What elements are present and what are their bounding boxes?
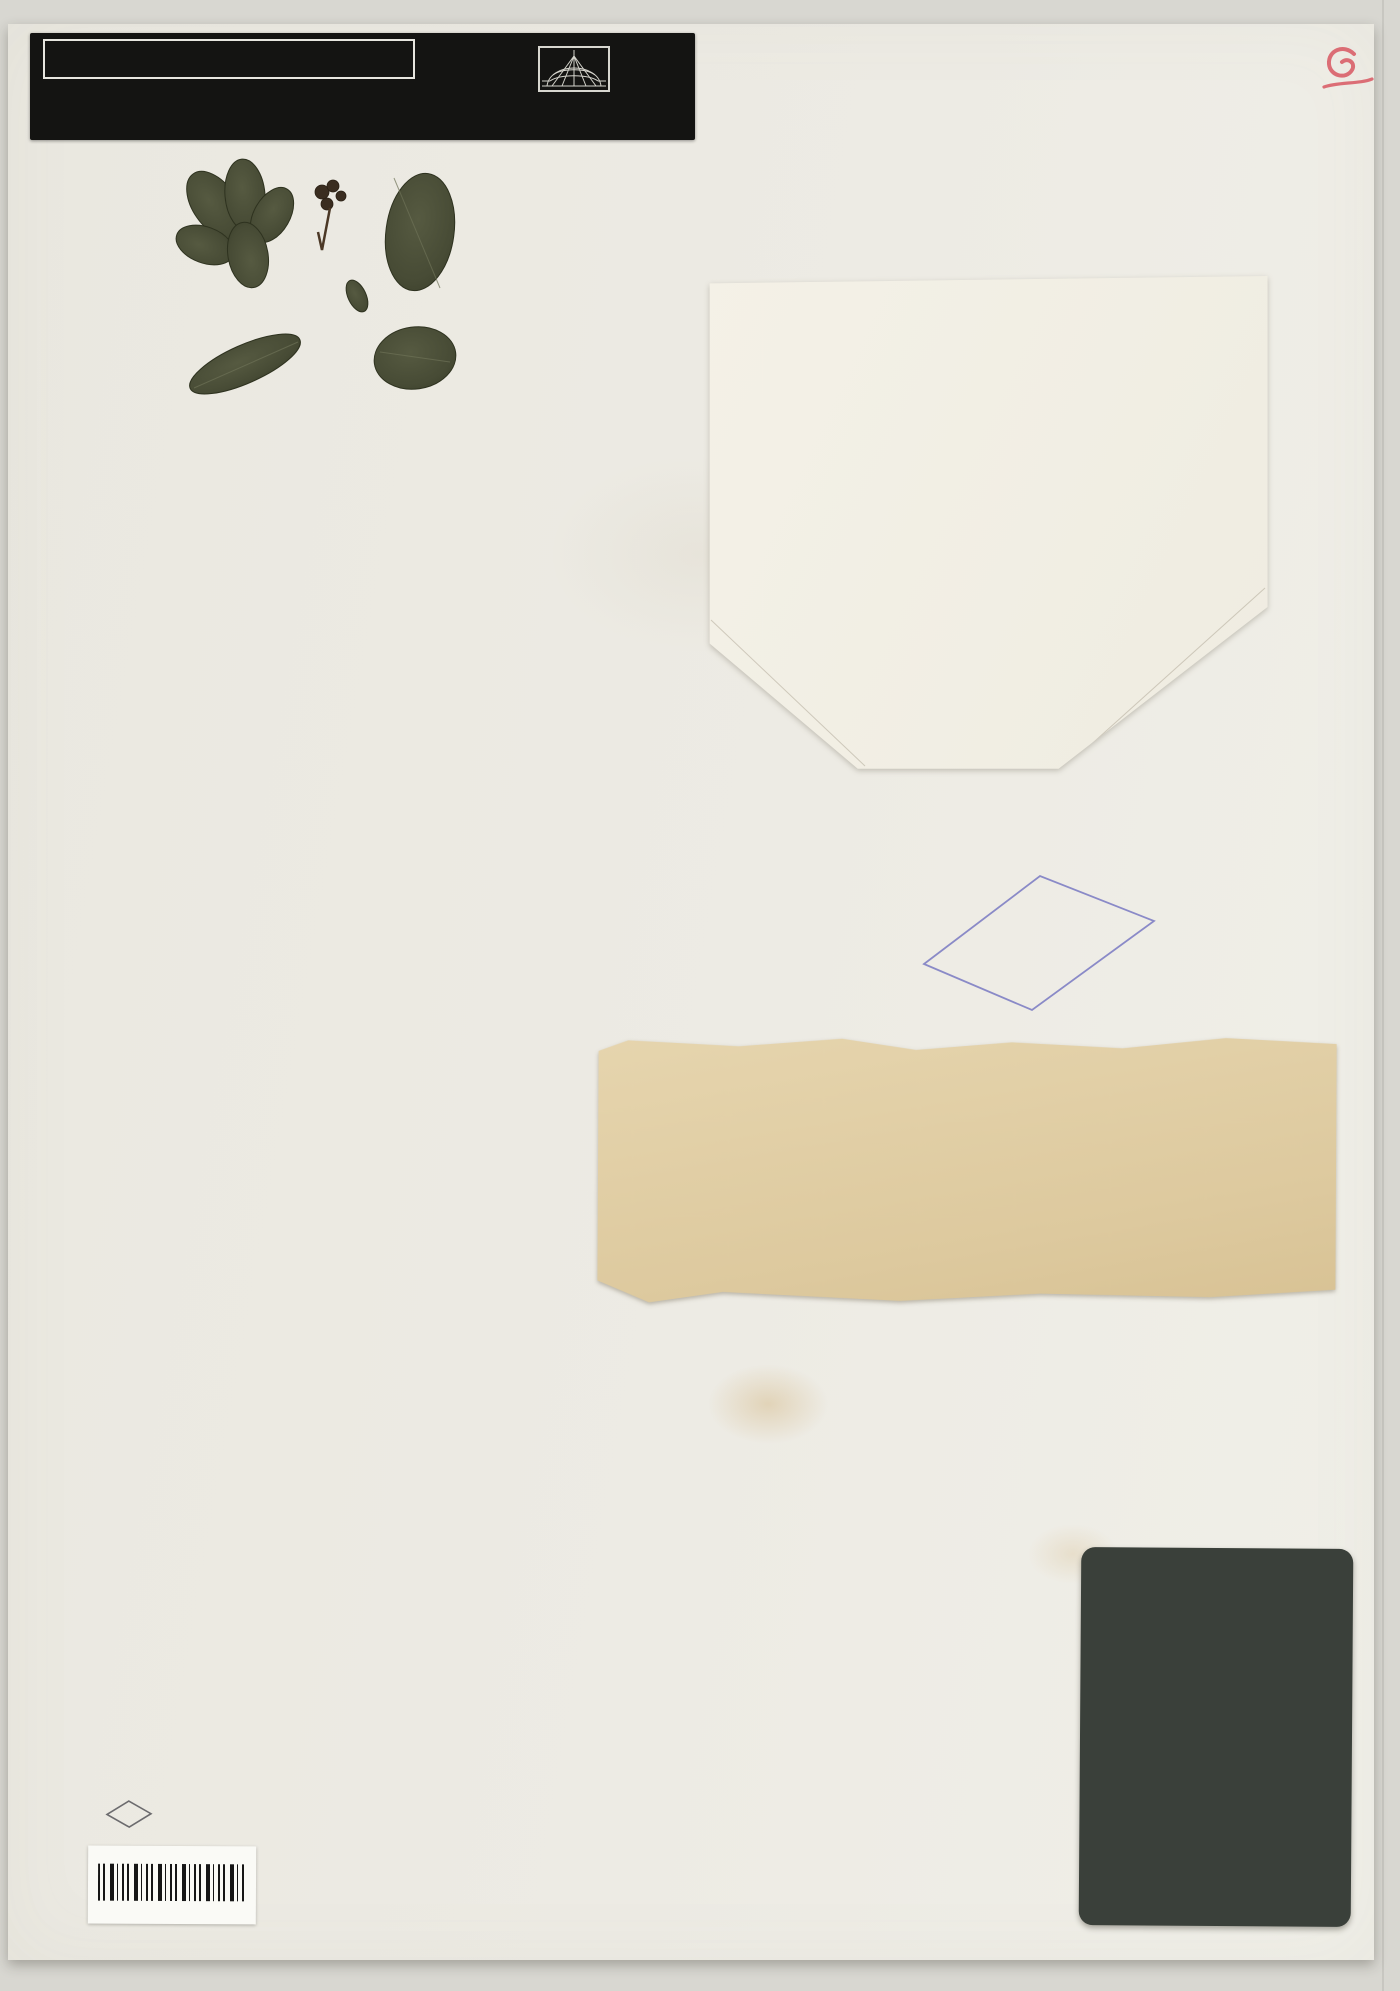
printed-title bbox=[599, 1054, 1337, 1058]
printed-description-2 bbox=[616, 1208, 1318, 1212]
scan-edge-line bbox=[1382, 0, 1384, 1991]
nybg-diamond-stamp bbox=[912, 866, 1166, 1018]
red-crayon-mark-icon bbox=[1316, 42, 1378, 96]
imaged-stamp bbox=[104, 1797, 167, 1830]
printed-description-1 bbox=[616, 1098, 1318, 1102]
color-calibration-card bbox=[1079, 1547, 1354, 1927]
printed-running-header bbox=[616, 1178, 1318, 1182]
specimen-leaf-lanceolate bbox=[182, 322, 307, 406]
plant-specimen bbox=[150, 150, 480, 420]
specimen-leaf-tiny bbox=[342, 277, 373, 315]
barcode-icon bbox=[98, 1864, 246, 1902]
ny-diamond-icon bbox=[104, 1798, 155, 1831]
specimen-twig bbox=[315, 180, 346, 250]
specimen-leaf-cluster bbox=[171, 157, 303, 291]
printed-label bbox=[597, 1032, 1336, 1306]
scale-bar bbox=[30, 33, 695, 140]
label-paper bbox=[697, 252, 1271, 774]
stain bbox=[708, 1364, 828, 1444]
handwritten-label bbox=[697, 252, 1271, 774]
envelope-fold-lines bbox=[697, 252, 1271, 774]
nybg-dome-logo-icon bbox=[538, 46, 610, 92]
specimen-leaf-large bbox=[378, 169, 462, 295]
scanned-herbarium-image bbox=[0, 0, 1400, 1991]
examined-stamp-line1 bbox=[975, 244, 1125, 245]
barcode-number bbox=[88, 1921, 256, 1922]
barcode-institution bbox=[88, 1851, 256, 1852]
ruler-scale bbox=[43, 39, 415, 79]
specimen-leaf-oblong bbox=[370, 322, 460, 395]
barcode-label bbox=[88, 1846, 256, 1925]
color-card-grid bbox=[1115, 1566, 1333, 1568]
printed-label-paper bbox=[597, 1032, 1336, 1306]
